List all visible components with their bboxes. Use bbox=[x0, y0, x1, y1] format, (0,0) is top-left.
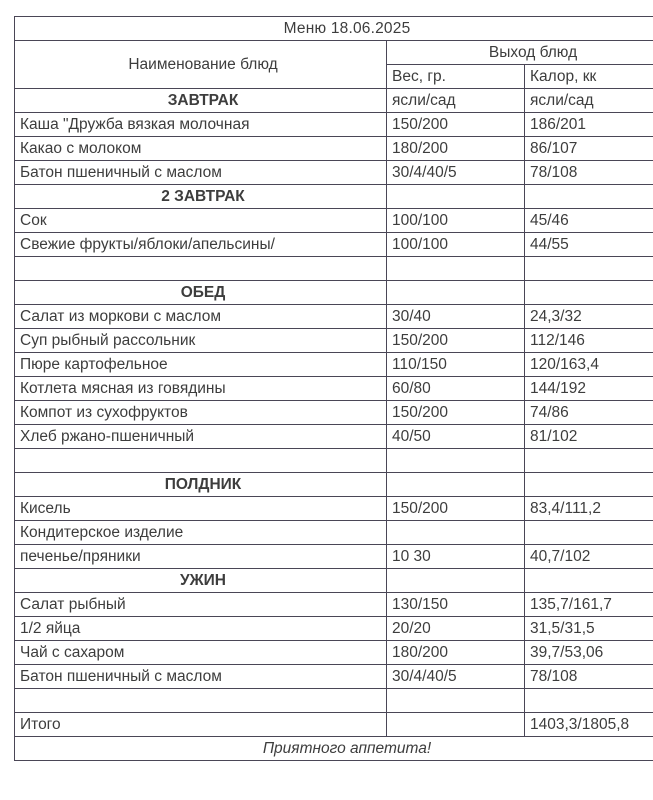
dish-weight: 150/200 bbox=[387, 401, 525, 425]
empty-cell bbox=[525, 473, 653, 497]
table-row: Кондитерское изделие bbox=[15, 521, 653, 545]
section-title: 2 ЗАВТРАК bbox=[15, 185, 387, 209]
table-row: Сок100/10045/46 bbox=[15, 209, 653, 233]
dish-weight: 20/20 bbox=[387, 617, 525, 641]
section-title: ОБЕД bbox=[15, 281, 387, 305]
table-row: Салат рыбный130/150135,7/161,7 bbox=[15, 593, 653, 617]
dish-name: Салат рыбный bbox=[15, 593, 387, 617]
dish-name bbox=[15, 689, 387, 713]
weight-header: Вес, гр. bbox=[387, 65, 525, 89]
dish-calories: 44/55 bbox=[525, 233, 653, 257]
table-row: Какао с молоком180/20086/107 bbox=[15, 137, 653, 161]
table-row: Батон пшеничный с маслом30/4/40/578/108 bbox=[15, 161, 653, 185]
dish-weight bbox=[387, 521, 525, 545]
total-row: Итого1403,3/1805,8 bbox=[15, 713, 653, 737]
table-row bbox=[15, 689, 653, 713]
table-row: Каша "Дружба вязкая молочная150/200186/2… bbox=[15, 113, 653, 137]
section-row: ПОЛДНИК bbox=[15, 473, 653, 497]
table-row: Котлета мясная из говядины60/80144/192 bbox=[15, 377, 653, 401]
dish-calories: 45/46 bbox=[525, 209, 653, 233]
dish-name: Компот из сухофруктов bbox=[15, 401, 387, 425]
dish-name: Каша "Дружба вязкая молочная bbox=[15, 113, 387, 137]
title-row: Меню 18.06.2025 bbox=[15, 17, 653, 41]
empty-cell bbox=[525, 185, 653, 209]
dish-weight: 10 30 bbox=[387, 545, 525, 569]
empty-cell bbox=[387, 473, 525, 497]
dish-calories: 83,4/111,2 bbox=[525, 497, 653, 521]
table-row: Кисель150/20083,4/111,2 bbox=[15, 497, 653, 521]
table-row: Пюре картофельное110/150120/163,4 bbox=[15, 353, 653, 377]
empty-cell bbox=[387, 569, 525, 593]
total-weight bbox=[387, 713, 525, 737]
table-row: Чай с сахаром180/20039,7/53,06 bbox=[15, 641, 653, 665]
footer-row: Приятного аппетита! bbox=[15, 737, 653, 761]
dish-name: Суп рыбный рассольник bbox=[15, 329, 387, 353]
total-calories: 1403,3/1805,8 bbox=[525, 713, 653, 737]
weight-age-groups: ясли/сад bbox=[387, 89, 525, 113]
section-row: ОБЕД bbox=[15, 281, 653, 305]
section-title: ЗАВТРАК bbox=[15, 89, 387, 113]
table-row: 1/2 яйца20/2031,5/31,5 bbox=[15, 617, 653, 641]
dish-name: Чай с сахаром bbox=[15, 641, 387, 665]
dish-calories: 86/107 bbox=[525, 137, 653, 161]
dish-weight: 40/50 bbox=[387, 425, 525, 449]
empty-cell bbox=[525, 569, 653, 593]
dish-name: Хлеб ржано-пшеничный bbox=[15, 425, 387, 449]
dish-name: Кондитерское изделие bbox=[15, 521, 387, 545]
dish-weight: 180/200 bbox=[387, 641, 525, 665]
section-row: ЗАВТРАКясли/садясли/сад bbox=[15, 89, 653, 113]
dish-calories: 144/192 bbox=[525, 377, 653, 401]
dish-name: Сок bbox=[15, 209, 387, 233]
section-title: УЖИН bbox=[15, 569, 387, 593]
dish-calories bbox=[525, 449, 653, 473]
dish-weight: 130/150 bbox=[387, 593, 525, 617]
dish-name: Пюре картофельное bbox=[15, 353, 387, 377]
table-row: Компот из сухофруктов150/20074/86 bbox=[15, 401, 653, 425]
dish-calories: 81/102 bbox=[525, 425, 653, 449]
table-row: Суп рыбный рассольник150/200112/146 bbox=[15, 329, 653, 353]
footer-message: Приятного аппетита! bbox=[15, 737, 653, 761]
dish-calories bbox=[525, 257, 653, 281]
section-row: УЖИН bbox=[15, 569, 653, 593]
dish-name: Салат из моркови с маслом bbox=[15, 305, 387, 329]
section-row: 2 ЗАВТРАК bbox=[15, 185, 653, 209]
dish-calories: 120/163,4 bbox=[525, 353, 653, 377]
calorie-age-groups: ясли/сад bbox=[525, 89, 653, 113]
dish-calories: 74/86 bbox=[525, 401, 653, 425]
dish-weight: 150/200 bbox=[387, 497, 525, 521]
dish-weight: 110/150 bbox=[387, 353, 525, 377]
dish-name: Батон пшеничный с маслом bbox=[15, 161, 387, 185]
dish-name: Котлета мясная из говядины bbox=[15, 377, 387, 401]
dish-calories: 186/201 bbox=[525, 113, 653, 137]
dish-weight: 60/80 bbox=[387, 377, 525, 401]
dish-name: печенье/пряники bbox=[15, 545, 387, 569]
dish-weight bbox=[387, 689, 525, 713]
table-row: Свежие фрукты/яблоки/апельсины/100/10044… bbox=[15, 233, 653, 257]
dish-name: Кисель bbox=[15, 497, 387, 521]
dish-calories bbox=[525, 521, 653, 545]
dish-calories: 78/108 bbox=[525, 665, 653, 689]
header-row-1: Наименование блюд Выход блюд bbox=[15, 41, 653, 65]
dish-name bbox=[15, 449, 387, 473]
menu-title: Меню 18.06.2025 bbox=[15, 17, 653, 41]
dish-weight: 30/40 bbox=[387, 305, 525, 329]
dish-weight: 100/100 bbox=[387, 233, 525, 257]
dish-weight: 180/200 bbox=[387, 137, 525, 161]
dish-calories: 78/108 bbox=[525, 161, 653, 185]
total-label: Итого bbox=[15, 713, 387, 737]
table-row: Салат из моркови с маслом30/4024,3/32 bbox=[15, 305, 653, 329]
table-row bbox=[15, 257, 653, 281]
dish-weight: 150/200 bbox=[387, 113, 525, 137]
section-title: ПОЛДНИК bbox=[15, 473, 387, 497]
dish-name: 1/2 яйца bbox=[15, 617, 387, 641]
dish-weight: 30/4/40/5 bbox=[387, 665, 525, 689]
dish-calories: 135,7/161,7 bbox=[525, 593, 653, 617]
dish-weight: 100/100 bbox=[387, 209, 525, 233]
dish-weight: 150/200 bbox=[387, 329, 525, 353]
dish-name bbox=[15, 257, 387, 281]
table-row: Хлеб ржано-пшеничный40/5081/102 bbox=[15, 425, 653, 449]
table-row bbox=[15, 449, 653, 473]
output-group-header: Выход блюд bbox=[387, 41, 653, 65]
dish-weight: 30/4/40/5 bbox=[387, 161, 525, 185]
dish-calories: 39,7/53,06 bbox=[525, 641, 653, 665]
empty-cell bbox=[525, 281, 653, 305]
dish-name: Батон пшеничный с маслом bbox=[15, 665, 387, 689]
empty-cell bbox=[387, 185, 525, 209]
dish-name-header: Наименование блюд bbox=[15, 41, 387, 89]
dish-calories: 24,3/32 bbox=[525, 305, 653, 329]
table-row: Батон пшеничный с маслом30/4/40/578/108 bbox=[15, 665, 653, 689]
dish-calories: 31,5/31,5 bbox=[525, 617, 653, 641]
calorie-header: Калор, кк bbox=[525, 65, 653, 89]
empty-cell bbox=[387, 281, 525, 305]
dish-name: Какао с молоком bbox=[15, 137, 387, 161]
dish-weight bbox=[387, 257, 525, 281]
table-row: печенье/пряники10 3040,7/102 bbox=[15, 545, 653, 569]
dish-weight bbox=[387, 449, 525, 473]
dish-calories: 40,7/102 bbox=[525, 545, 653, 569]
dish-calories bbox=[525, 689, 653, 713]
dish-name: Свежие фрукты/яблоки/апельсины/ bbox=[15, 233, 387, 257]
dish-calories: 112/146 bbox=[525, 329, 653, 353]
menu-sheet: Меню 18.06.2025 Наименование блюд Выход … bbox=[14, 16, 653, 761]
menu-table: Меню 18.06.2025 Наименование блюд Выход … bbox=[14, 16, 653, 761]
